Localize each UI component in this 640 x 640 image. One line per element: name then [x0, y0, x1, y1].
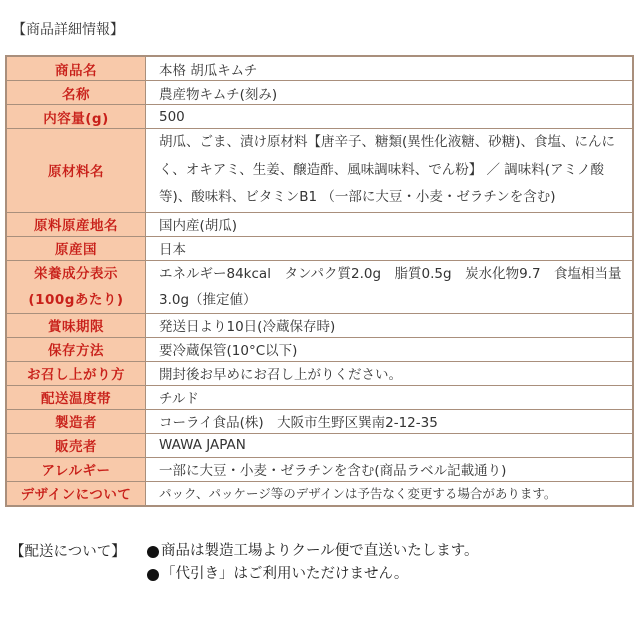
table-row-ingredients: 原材料名 胡瓜、ごま、漬け原材料【唐辛子、糖類(異性化液糖、砂糖)、食塩、にんに…: [6, 129, 633, 213]
row-label: デザインについて: [6, 481, 146, 506]
row-label-line1: 栄養成分表示: [7, 261, 145, 287]
table-row-origin: 原料原産地名 国内産(胡瓜): [6, 212, 633, 236]
row-label: 原材料名: [6, 129, 146, 213]
row-value: チルド: [146, 385, 634, 409]
row-value: 農産物キムチ(刻み): [146, 81, 634, 105]
shipping-note: 「代引き」はご利用いただけません。: [147, 563, 479, 586]
table-row-best-before: 賞味期限 発送日より10日(冷蔵保存時): [6, 313, 633, 337]
row-value: パック、パッケージ等のデザインは予告なく変更する場合があります。: [146, 481, 634, 506]
row-label: 商品名: [6, 56, 146, 81]
row-value: WAWA JAPAN: [146, 433, 634, 457]
row-value: 発送日より10日(冷蔵保存時): [146, 313, 634, 337]
table-row-delivery-temp: 配送温度帯 チルド: [6, 385, 633, 409]
row-label: 名称: [6, 81, 146, 105]
row-value: 開封後お早めにお召し上がりください。: [146, 361, 634, 385]
table-row-content-weight: 内容量(g) 500: [6, 105, 633, 129]
row-label: 原産国: [6, 236, 146, 260]
bullet-icon: [147, 569, 159, 581]
shipping-note-text: 「代引き」はご利用いただけません。: [161, 563, 408, 586]
table-row-how-to-eat: お召し上がり方 開封後お早めにお召し上がりください。: [6, 361, 633, 385]
row-value: 要冷蔵保管(10°C以下): [146, 337, 634, 361]
row-label: お召し上がり方: [6, 361, 146, 385]
shipping-note: 商品は製造工場よりクール便で直送いたします。: [147, 540, 479, 563]
row-label: 販売者: [6, 433, 146, 457]
table-row-product-name: 商品名 本格 胡瓜キムチ: [6, 56, 633, 81]
row-value: コーライ食品(株) 大阪市生野区巽南2-12-35: [146, 409, 634, 433]
table-row-country: 原産国 日本: [6, 236, 633, 260]
row-value: 本格 胡瓜キムチ: [146, 56, 634, 81]
row-label: 栄養成分表示 (100gあたり): [6, 260, 146, 313]
table-row-nutrition: 栄養成分表示 (100gあたり) エネルギー84kcal タンパク質2.0g 脂…: [6, 260, 633, 313]
shipping-note-text: 商品は製造工場よりクール便で直送いたします。: [161, 540, 479, 563]
row-label: 保存方法: [6, 337, 146, 361]
table-row-allergy: アレルギー 一部に大豆・小麦・ゼラチンを含む(商品ラベル記載通り): [6, 457, 633, 481]
row-value: 500: [146, 105, 634, 129]
table-row-seller: 販売者 WAWA JAPAN: [6, 433, 633, 457]
row-label: 製造者: [6, 409, 146, 433]
row-value: 国内産(胡瓜): [146, 212, 634, 236]
table-row-manufacturer: 製造者 コーライ食品(株) 大阪市生野区巽南2-12-35: [6, 409, 633, 433]
row-value: 日本: [146, 236, 634, 260]
row-label: 原料原産地名: [6, 212, 146, 236]
table-row-design: デザインについて パック、パッケージ等のデザインは予告なく変更する場合があります…: [6, 481, 633, 506]
row-label-line2: (100gあたり): [7, 287, 145, 313]
table-row-storage: 保存方法 要冷蔵保管(10°C以下): [6, 337, 633, 361]
row-label: 賞味期限: [6, 313, 146, 337]
row-label: 内容量(g): [6, 105, 146, 129]
bullet-icon: [147, 546, 159, 558]
table-row-name: 名称 農産物キムチ(刻み): [6, 81, 633, 105]
row-value: 胡瓜、ごま、漬け原材料【唐辛子、糖類(異性化液糖、砂糖)、食塩、にんにく、オキア…: [146, 129, 634, 213]
row-label: 配送温度帯: [6, 385, 146, 409]
shipping-notes: 商品は製造工場よりクール便で直送いたします。 「代引き」はご利用いただけません。: [147, 540, 479, 586]
row-value: 一部に大豆・小麦・ゼラチンを含む(商品ラベル記載通り): [146, 457, 634, 481]
section-title: 【商品詳細情報】: [12, 19, 124, 39]
row-label: アレルギー: [6, 457, 146, 481]
product-details-table: 商品名 本格 胡瓜キムチ 名称 農産物キムチ(刻み) 内容量(g) 500 原材…: [5, 55, 634, 507]
row-value: エネルギー84kcal タンパク質2.0g 脂質0.5g 炭水化物9.7 食塩相…: [146, 260, 634, 313]
shipping-heading: 【配送について】: [10, 540, 126, 561]
